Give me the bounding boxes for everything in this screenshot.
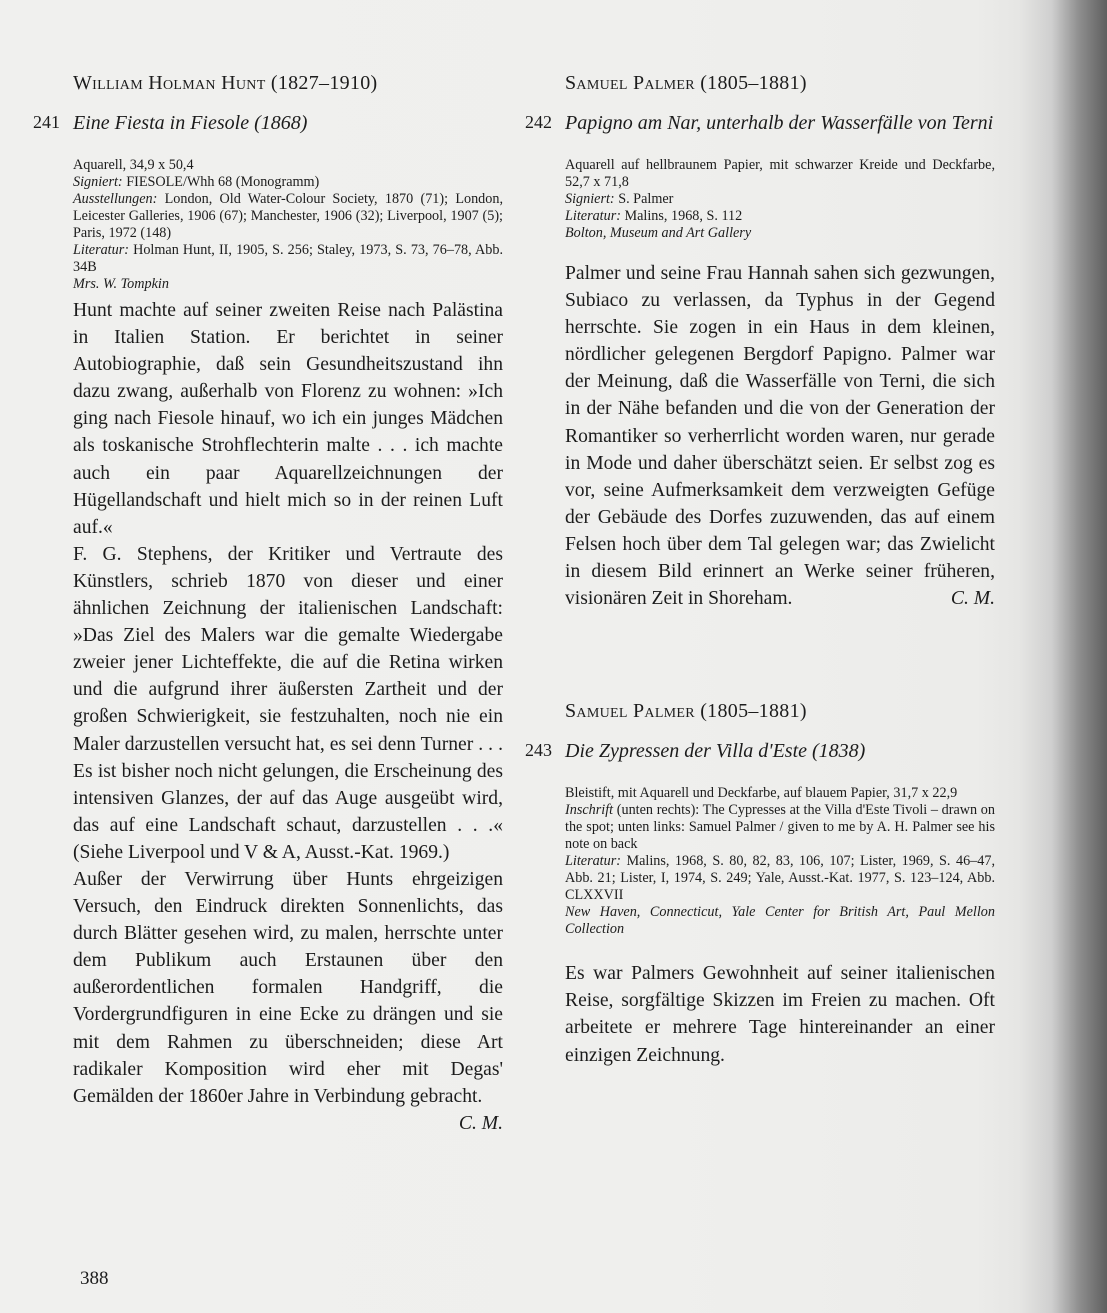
- paragraph: Außer der Verwirrung über Hunts ehrgeizi…: [73, 866, 503, 1110]
- paragraph: Hunt machte auf seiner zweiten Reise nac…: [73, 297, 503, 541]
- catalog-number: 241: [33, 112, 60, 133]
- commentary: Es war Palmers Gewohnheit auf seiner ita…: [565, 960, 995, 1068]
- author-initials: C. M.: [459, 1110, 503, 1137]
- entry-header: 243 Die Zypressen der Villa d'Este (1838…: [565, 738, 995, 765]
- catalog-number: 242: [525, 112, 552, 133]
- paragraph: F. G. Stephens, der Kritiker und Vertrau…: [73, 541, 503, 866]
- entry-243: Samuel Palmer (1805–1881) 243 Die Zypres…: [565, 698, 995, 1068]
- signed-value: S. Palmer: [618, 191, 673, 207]
- commentary: Palmer und seine Frau Hannah sahen sich …: [565, 260, 995, 612]
- artwork-title: Papigno am Nar, unterhalb der Wasserfäll…: [565, 110, 995, 137]
- right-column: Samuel Palmer (1805–1881) 242 Papigno am…: [565, 70, 995, 1069]
- signed-value: FIESOLE/Whh 68 (Monogramm): [126, 174, 319, 190]
- literature-label: Literatur:: [565, 853, 621, 869]
- owner: New Haven, Connecticut, Yale Center for …: [565, 904, 995, 938]
- paragraph: Palmer und seine Frau Hannah sahen sich …: [565, 260, 995, 612]
- medium: Bleistift, mit Aquarell und Deckfarbe, a…: [565, 785, 995, 802]
- owner: Mrs. W. Tompkin: [73, 276, 503, 293]
- literature-line: Literatur: Malins, 1968, S. 80, 82, 83, …: [565, 853, 995, 904]
- signed-line: Signiert: S. Palmer: [565, 191, 995, 208]
- entry-241: William Holman Hunt (1827–1910) 241 Eine…: [73, 70, 503, 1137]
- literature-label: Literatur:: [73, 242, 129, 258]
- artist-heading: Samuel Palmer (1805–1881): [565, 698, 995, 724]
- author-initials: C. M.: [951, 585, 995, 612]
- literature-value: Malins, 1968, S. 80, 82, 83, 106, 107; L…: [565, 853, 995, 903]
- inscription-line: Inschrift (unten rechts): The Cypresses …: [565, 802, 995, 853]
- artist-heading: Samuel Palmer (1805–1881): [565, 70, 995, 96]
- literature-line: Literatur: Malins, 1968, S. 112: [565, 208, 995, 225]
- book-page: William Holman Hunt (1827–1910) 241 Eine…: [0, 0, 1107, 1313]
- inscription-value: (unten rechts): The Cypresses at the Vil…: [565, 802, 995, 852]
- literature-label: Literatur:: [565, 208, 621, 224]
- literature-line: Literatur: Holman Hunt, II, 1905, S. 256…: [73, 242, 503, 276]
- owner: Bolton, Museum and Art Gallery: [565, 225, 995, 242]
- medium: Aquarell auf hellbraunem Papier, mit sch…: [565, 157, 995, 191]
- artist-heading: William Holman Hunt (1827–1910): [73, 70, 503, 96]
- catalog-metadata: Aquarell, 34,9 x 50,4 Signiert: FIESOLE/…: [73, 157, 503, 293]
- entry-header: 241 Eine Fiesta in Fiesole (1868): [73, 110, 503, 137]
- literature-value: Holman Hunt, II, 1905, S. 256; Staley, 1…: [73, 242, 503, 275]
- artwork-title: Eine Fiesta in Fiesole (1868): [73, 110, 503, 137]
- page-number: 388: [80, 1268, 109, 1290]
- artwork-title: Die Zypressen der Villa d'Este (1838): [565, 738, 995, 765]
- inscription-label: Inschrift: [565, 802, 613, 818]
- commentary: Hunt machte auf seiner zweiten Reise nac…: [73, 297, 503, 1137]
- paragraph: Es war Palmers Gewohnheit auf seiner ita…: [565, 960, 995, 1068]
- entry-header: 242 Papigno am Nar, unterhalb der Wasser…: [565, 110, 995, 137]
- signed-line: Signiert: FIESOLE/Whh 68 (Monogramm): [73, 174, 503, 191]
- catalog-number: 243: [525, 740, 552, 761]
- entry-242: Samuel Palmer (1805–1881) 242 Papigno am…: [565, 70, 995, 612]
- literature-value: Malins, 1968, S. 112: [625, 208, 743, 224]
- catalog-metadata: Aquarell auf hellbraunem Papier, mit sch…: [565, 157, 995, 242]
- exhibitions-line: Ausstellungen: London, Old Water-Colour …: [73, 191, 503, 242]
- catalog-metadata: Bleistift, mit Aquarell und Deckfarbe, a…: [565, 785, 995, 938]
- signed-label: Signiert:: [73, 174, 123, 190]
- exhibitions-label: Ausstellungen:: [73, 191, 157, 207]
- medium: Aquarell, 34,9 x 50,4: [73, 157, 503, 174]
- signed-label: Signiert:: [565, 191, 615, 207]
